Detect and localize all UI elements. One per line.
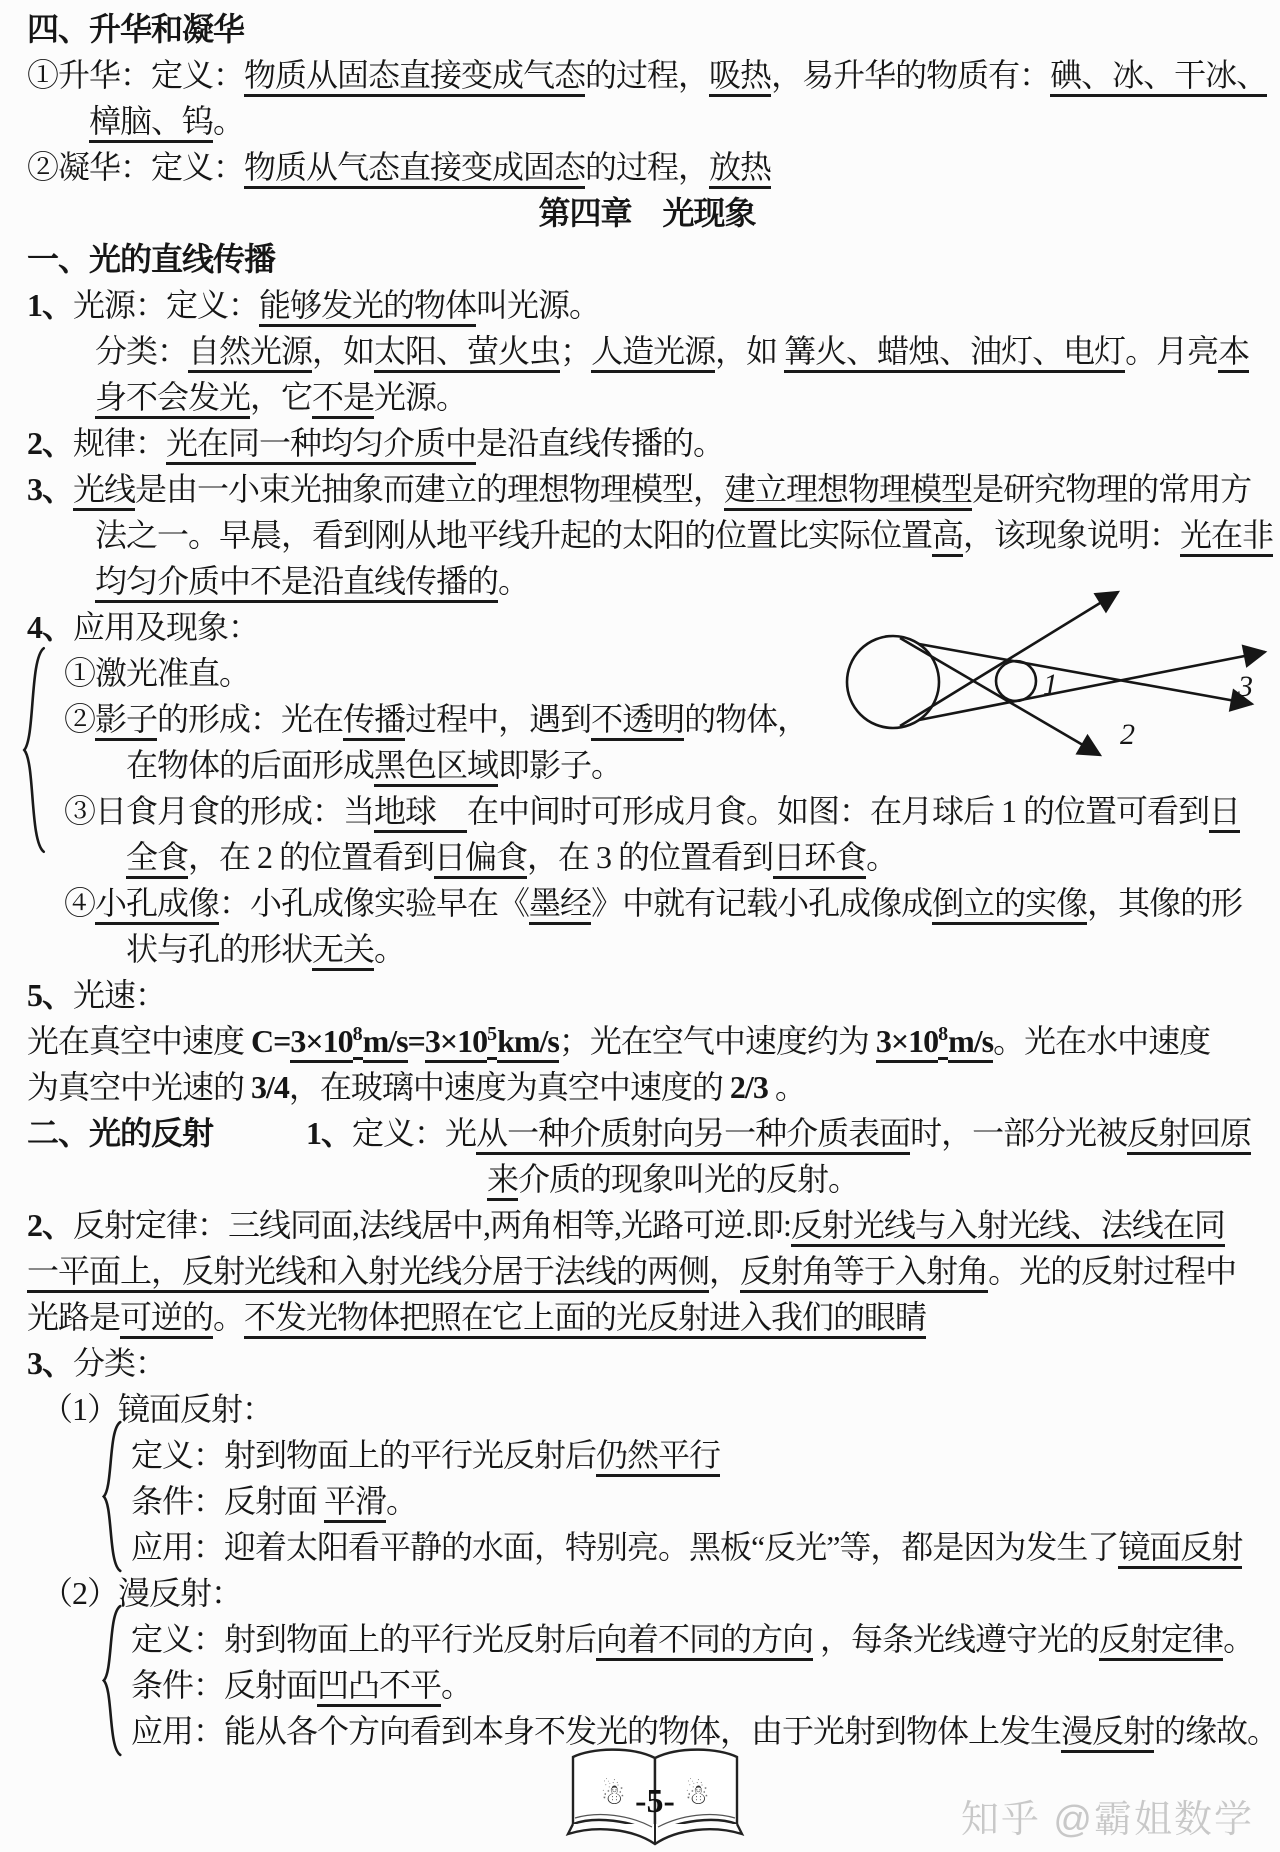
text-line: 身不会发光，它不是光源。 [27, 374, 1267, 420]
text-line: ④小孔成像：小孔成像实验早在《墨经》中就有记载小孔成像成倒立的实像，其像的形 [27, 880, 1267, 926]
watermark: 知乎 @霸姐数学 [961, 1788, 1254, 1843]
text-line: 一平面上，反射光线和入射光线分居于法线的两侧，反射角等于入射角。光的反射过程中 [27, 1248, 1267, 1294]
text-line: 第四章 光现象 [27, 190, 1267, 236]
text-line: ③日食月食的形成：当地球 在中间时可形成月食。如图：在月球后 1 的位置可看到日 [27, 788, 1267, 834]
text-line: （2）漫反射： [27, 1570, 1267, 1616]
figure-label-region1: 1 [1043, 668, 1058, 701]
text-line: 1、光源：定义：能够发光的物体叫光源。 [27, 282, 1267, 328]
text-line: ②凝华：定义：物质从气态直接变成固态的过程，放热 [27, 144, 1267, 190]
text-line: 四、升华和凝华 [27, 6, 1267, 52]
text-line: 分类：自然光源，如太阳、萤火虫；人造光源，如 篝火、蜡烛、油灯、电灯。月亮本 [27, 328, 1267, 374]
text-line: 应用：迎着太阳看平静的水面，特别亮。黑板“反光”等，都是因为发生了镜面反射 [27, 1524, 1267, 1570]
text-line: 状与孔的形状无关。 [27, 926, 1267, 972]
text-line: 2、反射定律：三线同面,法线居中,两角相等,光路可逆.即:反射光线与入射光线、法… [27, 1202, 1267, 1248]
text-line: 定义：射到物面上的平行光反射后向着不同的方向 ，每条光线遵守光的反射定律。 [27, 1616, 1267, 1662]
text-line: 5、光速： [27, 972, 1267, 1018]
penumbra-down-ray [900, 638, 1100, 755]
text-line: 条件：反射面 平滑。 [27, 1478, 1267, 1524]
brace-group: 定义：射到物面上的平行光反射后向着不同的方向 ，每条光线遵守光的反射定律。条件：… [27, 1616, 1267, 1754]
text-line: 来介质的现象叫光的反射。 [27, 1156, 1267, 1202]
snowman-icon: ☃ [684, 1778, 709, 1811]
text-line: 3、分类： [27, 1340, 1267, 1386]
text-line: ①升华：定义：物质从固态直接变成气态的过程，吸热，易升华的物质有：碘、冰、干冰、 [27, 52, 1267, 98]
text-line: 二、光的反射 1、定义：光从一种介质射向另一种介质表面时，一部分光被反射回原 [27, 1110, 1267, 1156]
brace-group: 定义：射到物面上的平行光反射后仍然平行条件：反射面 平滑。应用：迎着太阳看平静的… [27, 1432, 1267, 1570]
text-line: 法之一。早晨，看到刚从地平线升起的太阳的位置比实际位置高，该现象说明：光在非 [27, 512, 1267, 558]
text-line: 定义：射到物面上的平行光反射后仍然平行 [27, 1432, 1267, 1478]
umbra-top-ray [919, 644, 1252, 704]
figure-label-region2: 2 [1120, 718, 1135, 751]
text-line: （1）镜面反射： [27, 1386, 1267, 1432]
figure-label-region3: 3 [1237, 670, 1253, 703]
moon-circle [996, 661, 1036, 701]
text-line: 2、规律：光在同一种均匀介质中是沿直线传播的。 [27, 420, 1267, 466]
text-line: 光路是可逆的。不发光物体把照在它上面的光反射进入我们的眼睛 [27, 1294, 1267, 1340]
text-line: 全食，在 2 的位置看到日偏食，在 3 的位置看到日环食。 [27, 834, 1267, 880]
page: 四、升华和凝华①升华：定义：物质从固态直接变成气态的过程，吸热，易升华的物质有：… [0, 0, 1280, 1852]
document-body: 四、升华和凝华①升华：定义：物质从固态直接变成气态的过程，吸热，易升华的物质有：… [27, 6, 1267, 1754]
text-line: 光在真空中速度 C=3×108m/s=3×105km/s；光在空气中速度约为 3… [27, 1018, 1267, 1064]
eclipse-diagram: 1 2 3 [695, 560, 1275, 775]
umbra-bottom-ray [919, 652, 1265, 720]
text-line: 一、光的直线传播 [27, 236, 1267, 282]
text-line: 樟脑、钨。 [27, 98, 1267, 144]
text-line: 为真空中光速的 3/4，在玻璃中速度为真空中速度的 2/3 。 [27, 1064, 1267, 1110]
book-icon: ☃ -5- ☃ [555, 1742, 755, 1852]
snowman-icon: ☃ [600, 1778, 625, 1811]
page-number: -5- [635, 1783, 675, 1820]
text-line: 条件：反射面凹凸不平。 [27, 1662, 1267, 1708]
sun-circle [847, 636, 939, 728]
text-line: 3、光线是由一小束光抽象而建立的理想物理模型，建立理想物理模型是研究物理的常用方 [27, 466, 1267, 512]
